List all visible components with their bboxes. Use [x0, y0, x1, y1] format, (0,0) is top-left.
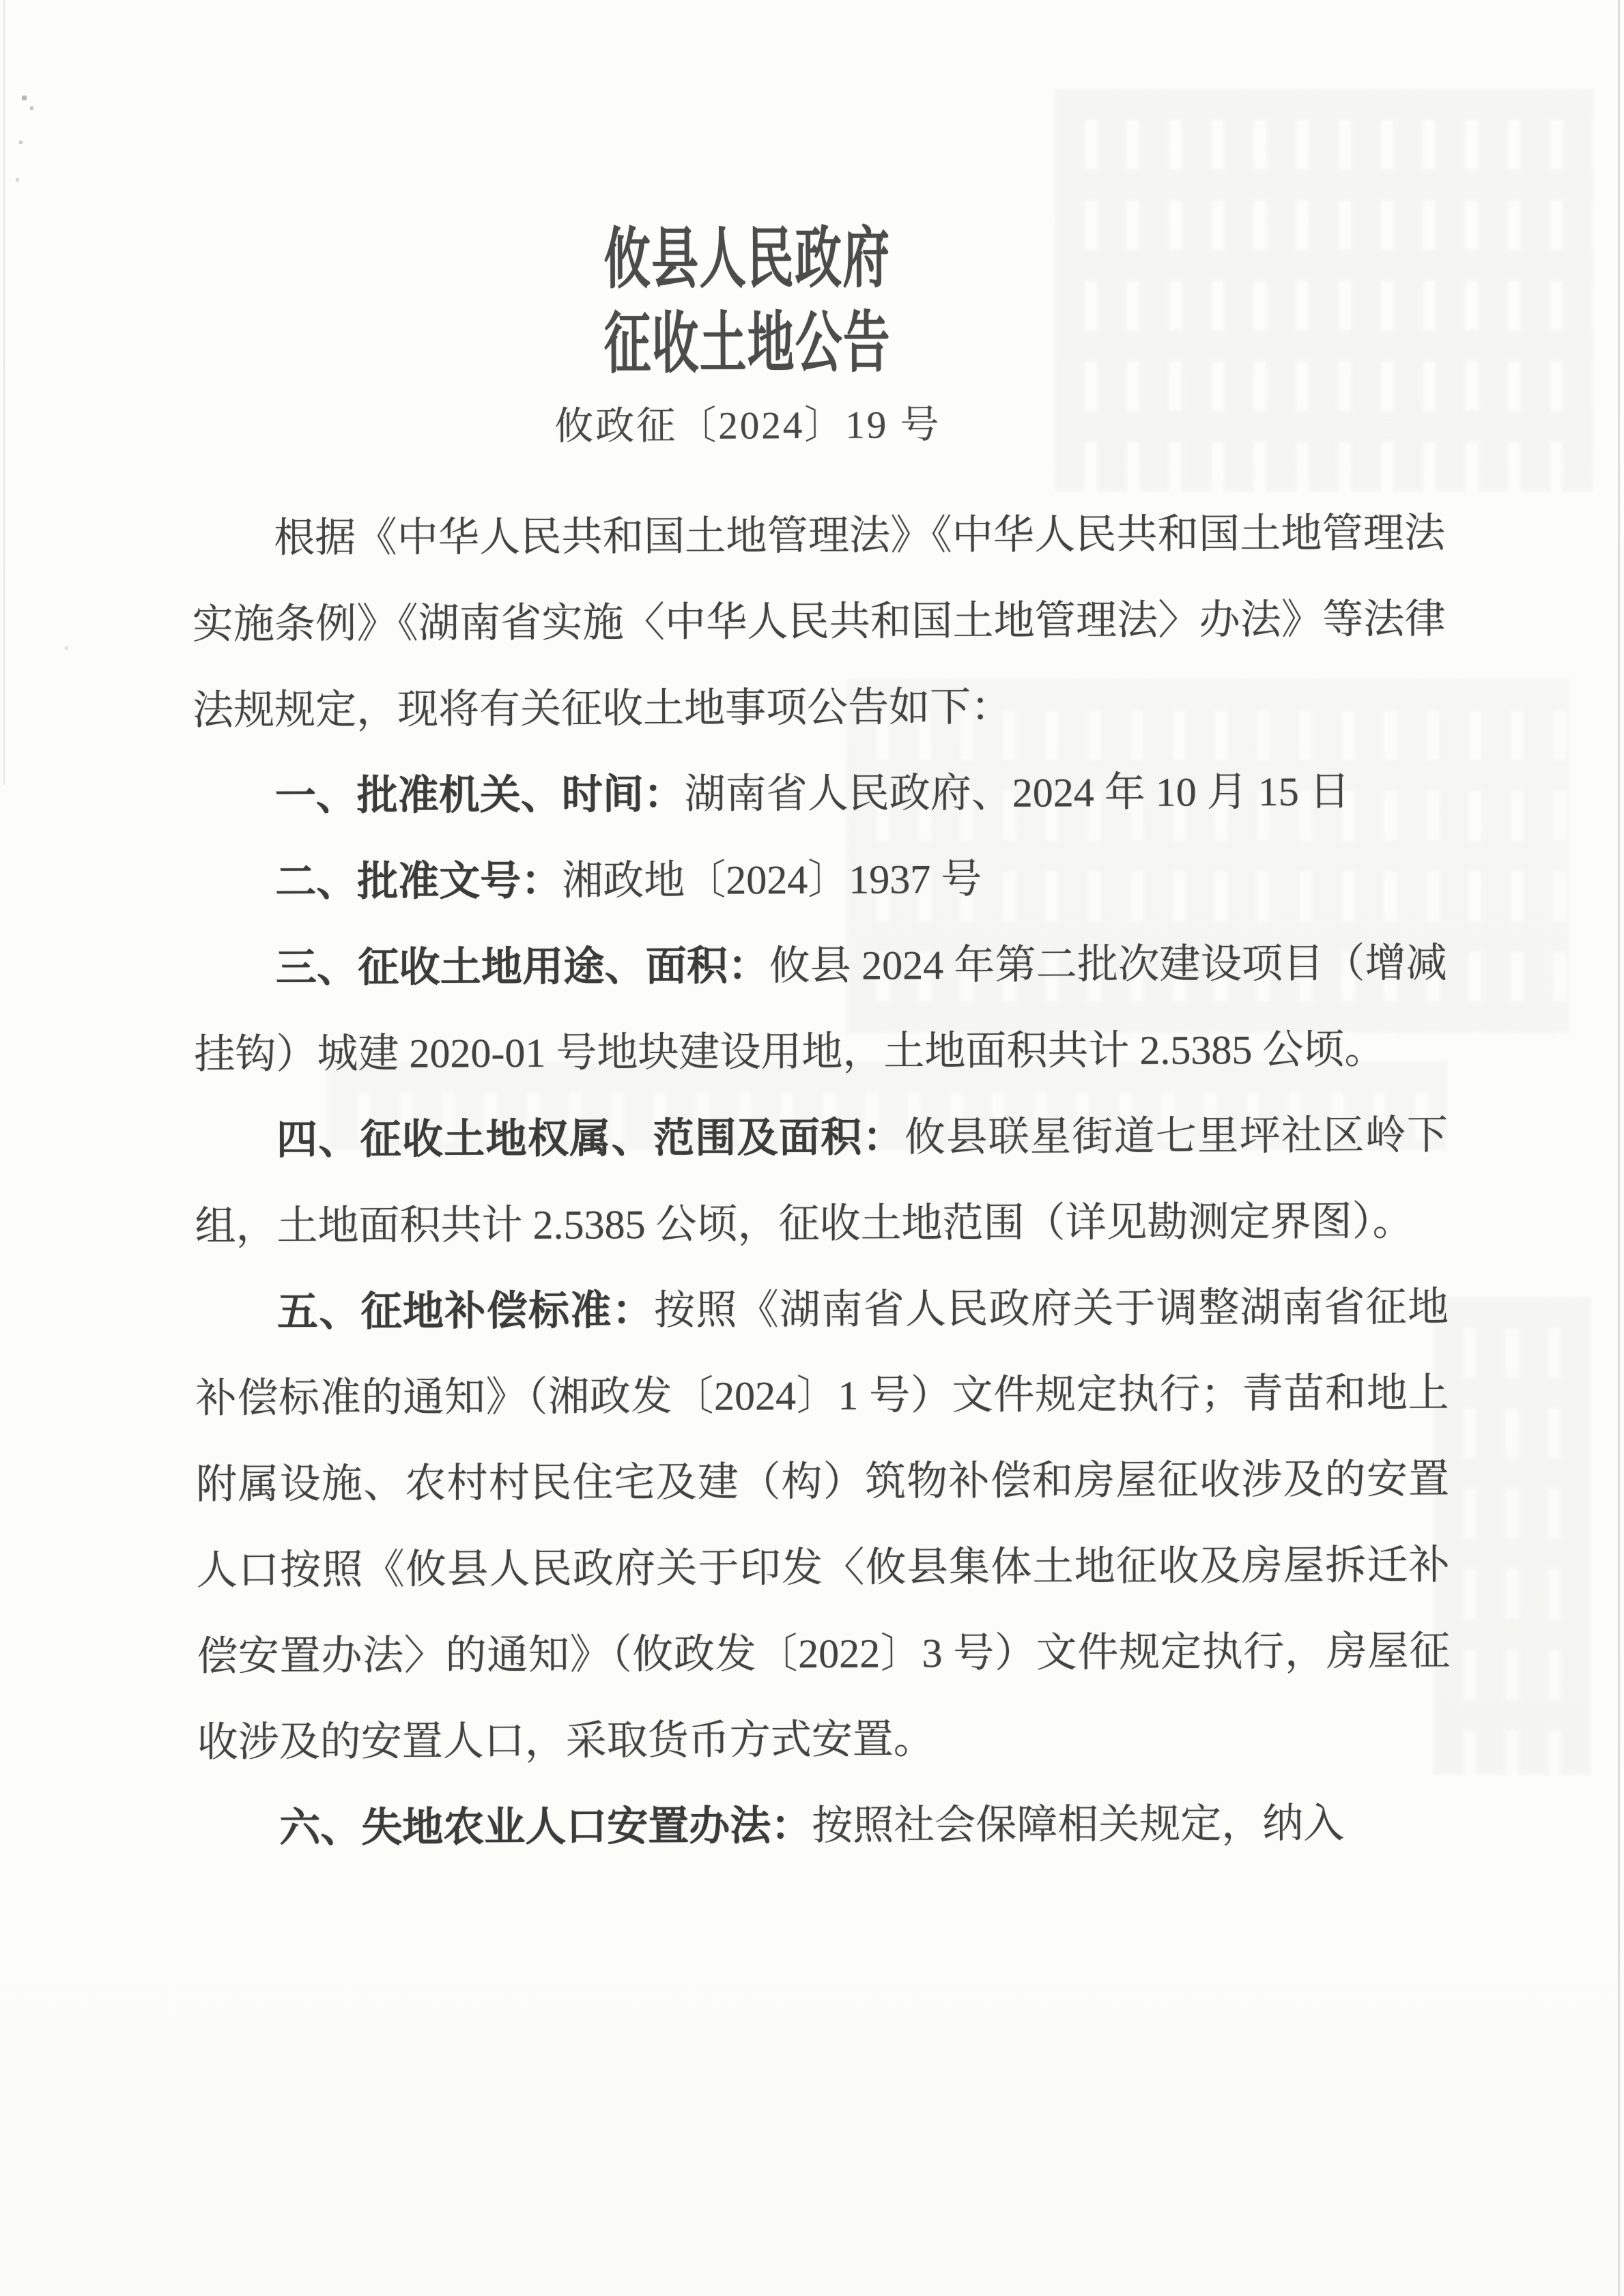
scan-speck-marks: [0, 0, 2, 2]
paragraph-intro: 根据《中华人民共和国土地管理法》《中华人民共和国土地管理法实施条例》《湖南省实施…: [192, 490, 1447, 754]
document-number: 攸政征〔2024〕19 号: [0, 401, 1499, 452]
paragraph-text: 根据《中华人民共和国土地管理法》《中华人民共和国土地管理法实施条例》《湖南省实施…: [193, 511, 1446, 733]
document-body: 根据《中华人民共和国土地管理法》《中华人民共和国土地管理法实施条例》《湖南省实施…: [192, 490, 1451, 1871]
document-content: 攸县人民政府 征收土地公告 攸政征〔2024〕19 号 根据《中华人民共和国土地…: [0, 0, 1624, 2296]
paragraph-label: 四、征收土地权属、范围及面积：: [276, 1114, 904, 1162]
document-title-line2: 征收土地公告: [222, 300, 1274, 389]
paragraph-item-3: 三、征收土地用途、面积：攸县 2024 年第二批次建设项目（增减挂钩）城建 20…: [194, 920, 1448, 1097]
paragraph-label: 三、征收土地用途、面积：: [276, 943, 769, 990]
paragraph-text: 按照社会保障相关规定，纳入: [812, 1801, 1344, 1848]
paragraph-item-2: 二、批准文号：湘政地〔2024〕1937 号: [193, 834, 1447, 925]
document-header: 攸县人民政府 征收土地公告 攸政征〔2024〕19 号: [0, 214, 1499, 452]
paragraph-label: 一、批准机关、时间：: [275, 771, 685, 819]
document-title-line1: 攸县人民政府: [221, 215, 1273, 304]
paragraph-text: 湘政地〔2024〕1937 号: [562, 857, 982, 904]
paragraph-text: 按照《湖南省人民政府关于调整湖南省征地补偿标准的通知》（湘政发〔2024〕1 号…: [195, 1285, 1450, 1765]
paragraph-item-6: 六、失地农业人口安置办法：按照社会保障相关规定，纳入: [197, 1780, 1451, 1871]
paragraph-item-4: 四、征收土地权属、范围及面积：攸县联星街道七里坪社区岭下组，土地面积共计 2.5…: [195, 1092, 1449, 1269]
paragraph-label: 二、批准文号：: [275, 858, 562, 905]
paragraph-item-5: 五、征地补偿标准：按照《湖南省人民政府关于调整湖南省征地补偿标准的通知》（湘政发…: [195, 1264, 1451, 1785]
paragraph-label: 五、征地补偿标准：: [277, 1287, 654, 1334]
paragraph-text: 湖南省人民政府、2024 年 10 月 15 日: [685, 769, 1350, 817]
scanned-document-page: 攸县人民政府 征收土地公告 攸政征〔2024〕19 号 根据《中华人民共和国土地…: [0, 0, 1624, 2296]
paragraph-label: 六、失地农业人口安置办法：: [279, 1803, 812, 1850]
paragraph-item-1: 一、批准机关、时间：湖南省人民政府、2024 年 10 月 15 日: [193, 748, 1447, 840]
